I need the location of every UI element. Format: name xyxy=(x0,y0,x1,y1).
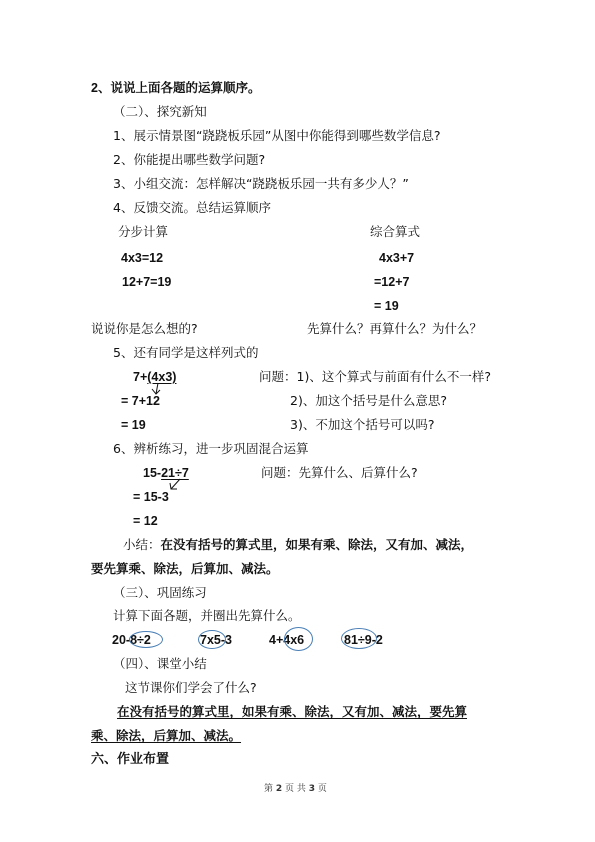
section5-question-3: 3)、不加这个括号可以吗? xyxy=(290,417,434,433)
page-total: 3 xyxy=(309,784,315,794)
item-1: 1、展示情景图“跷跷板乐园”从图中你能得到哪些数学信息? xyxy=(113,128,441,144)
page-footer: 第 2 页 共 3 页 xyxy=(264,781,327,797)
expr-prefix: 7+ xyxy=(133,370,147,384)
prompt-order: 先算什么？再算什么？为什么？ xyxy=(307,321,482,337)
section-heading-explore: （二）、探究新知 xyxy=(113,104,207,120)
footer-text: 页 共 xyxy=(285,784,306,794)
section4-answer-line-2: 乘、除法，后算加、减法。 xyxy=(91,728,241,744)
exercise-before: 4+ xyxy=(269,633,283,647)
prompt-think: 说说你是怎么想的? xyxy=(91,321,198,337)
line-order-question: 2、说说上面各题的运算顺序。 xyxy=(91,80,260,96)
exercise-before: 20- xyxy=(112,633,130,647)
circle-mark-icon xyxy=(198,630,226,649)
section4-question: 这节课你们学会了什么? xyxy=(125,680,257,696)
section5-question-2: 2)、加这个括号是什么意思? xyxy=(290,393,447,409)
combined-2: =12+7 xyxy=(374,274,409,290)
section3-title: （三）、巩固练习 xyxy=(113,585,207,601)
circle-mark-icon xyxy=(129,631,163,648)
circle-mark-icon xyxy=(341,628,377,649)
section6-step3: = 12 xyxy=(133,513,158,529)
summary-text: 在没有括号的算式里，如果有乘、除法，又有加、减法， xyxy=(161,537,474,552)
question-label: 问题： xyxy=(259,369,297,384)
section6-title: 6、辨析练习，进一步巩固混合运算 xyxy=(113,441,308,457)
arrow-down-left-icon xyxy=(168,478,182,492)
text: 2、说说上面各题的运算顺序。 xyxy=(91,81,260,95)
section5-step3: = 19 xyxy=(121,417,146,433)
item-2: 2、你能提出哪些数学问题? xyxy=(113,152,265,168)
summary-label: 小结： xyxy=(123,537,161,552)
section5-question-1: 问题：1)、这个算式与前面有什么不一样? xyxy=(259,369,491,385)
combined-3: = 19 xyxy=(374,298,399,314)
section5-title: 5、还有同学是这样列式的 xyxy=(113,345,258,361)
combined-expr-header: 综合算式 xyxy=(370,224,420,240)
section6-step2: = 15-3 xyxy=(133,489,169,505)
footer-text: 页 xyxy=(318,784,327,794)
circle-mark-icon xyxy=(284,627,313,651)
question-text: 1)、这个算式与前面有什么不一样? xyxy=(297,369,491,384)
section3-instruction: 计算下面各题，并圈出先算什么。 xyxy=(113,608,301,624)
section4-title: （四）、课堂小结 xyxy=(113,656,207,672)
step-calc-header: 分步计算 xyxy=(118,224,168,240)
page-number: 2 xyxy=(276,784,282,794)
expr-prefix: 15- xyxy=(143,466,161,480)
item-4: 4、反馈交流。总结运算顺序 xyxy=(113,200,271,216)
section6-question: 问题：先算什么、后算什么? xyxy=(261,465,418,481)
footer-text: 第 xyxy=(264,784,273,794)
section5-step2: = 7+12 xyxy=(121,393,160,409)
summary-line-1: 小结：在没有括号的算式里，如果有乘、除法，又有加、减法， xyxy=(123,537,473,553)
step-calc-1: 4x3=12 xyxy=(121,250,163,266)
step-calc-2: 12+7=19 xyxy=(122,274,171,290)
homework-title: 六、作业布置 xyxy=(91,752,169,768)
combined-1: 4x3+7 xyxy=(379,250,414,266)
section4-answer-line-1: 在没有括号的算式里，如果有乘、除法，又有加、减法，要先算 xyxy=(117,704,467,720)
item-3: 3、小组交流：怎样解决“跷跷板乐园一共有多少人？” xyxy=(113,176,409,192)
summary-line-2: 要先算乘、除法，后算加、减法。 xyxy=(91,561,279,577)
